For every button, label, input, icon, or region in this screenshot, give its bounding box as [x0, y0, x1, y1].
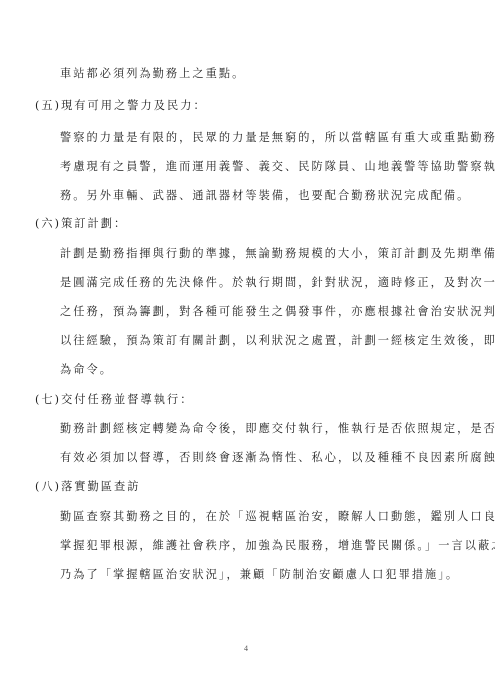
text-line: 勤區查察其勤務之目的，在於「巡視轄區治安，瞭解人口動態，鑑別人口良莠， — [60, 510, 495, 524]
text-line: 乃為了「掌握轄區治安狀況」，兼顧「防制治安顧慮人口犯罪措施」。 — [60, 568, 459, 582]
section-heading-8: (八)落實勤區查訪 — [35, 480, 141, 494]
section-heading-6: (六)策訂計劃： — [35, 217, 127, 231]
text-line: 警察的力量是有限的，民眾的力量是無窮的，所以當轄區有重大或重點勤務，應 — [60, 131, 495, 145]
text-line: 車站都必須列為勤務上之重點。 — [60, 67, 245, 81]
text-line: 是圓滿完成任務的先決條件。於執行期間，針對狀況，適時修正，及對次一階段 — [60, 276, 495, 290]
text-line: 以往經驗，預為策訂有關計劃，以利狀況之處置，計劃一經核定生效後，即應視 — [60, 334, 495, 348]
page-number: 4 — [244, 644, 248, 653]
section-heading-7: (七)交付任務並督導執行： — [35, 393, 193, 407]
text-line: 掌握犯罪根源，維護社會秩序，加強為民服務，增進警民關係。」一言以蔽之， — [60, 539, 495, 553]
text-line: 為命令。 — [60, 363, 113, 377]
text-line: 有效必須加以督導，否則終會逐漸為惰性、私心，以及種種不良因素所腐蝕。 — [60, 451, 495, 465]
text-line: 務。另外車輛、武器、通訊器材等裝備，也要配合勤務狀況完成配備。 — [60, 189, 470, 203]
section-heading-5: (五)現有可用之警力及民力： — [35, 99, 207, 113]
text-line: 勤務計劃經核定轉變為命令後，即應交付執行，惟執行是否依照規定，是否合法 — [60, 422, 495, 436]
text-line: 之任務，預為籌劃，對各種可能發生之偶發事件，亦應根據社會治安狀況判斷與 — [60, 305, 495, 319]
document-page: 車站都必須列為勤務上之重點。 (五)現有可用之警力及民力： 警察的力量是有限的，… — [0, 0, 495, 700]
text-line: 考慮現有之員警，進而運用義警、義交、民防隊員、山地義警等協助警察執行勤 — [60, 160, 495, 174]
text-line: 計劃是勤務指揮與行動的準據，無論勤務規模的大小，策訂計劃及先期準備，乃 — [60, 247, 495, 261]
